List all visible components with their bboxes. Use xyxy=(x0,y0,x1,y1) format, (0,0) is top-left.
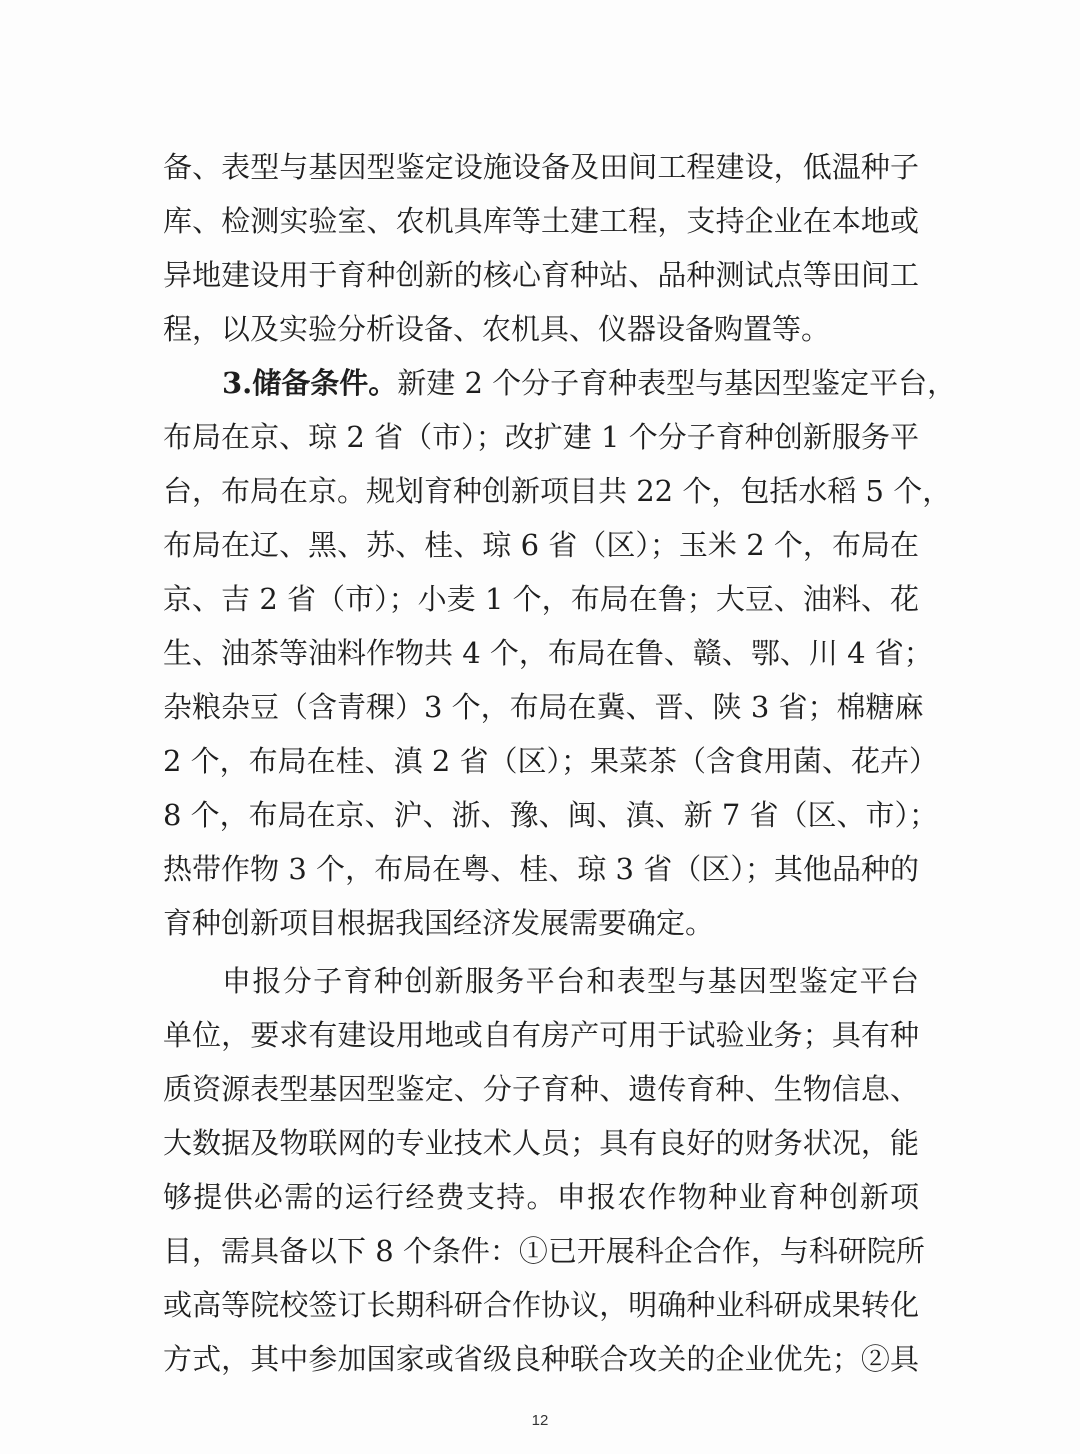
text-line: 目，需具备以下 8 个条件：①已开展科企合作，与科研院所 xyxy=(163,1231,919,1271)
text-line: 布局在京、琼 2 省（市）；改扩建 1 个分子育种创新服务平 xyxy=(163,417,919,457)
text-line: 质资源表型基因型鉴定、分子育种、遗传育种、生物信息、 xyxy=(163,1069,919,1109)
text-line: 杂粮杂豆（含青稞）3 个，布局在冀、晋、陕 3 省；棉糖麻 xyxy=(163,687,919,727)
text-line: 备、表型与基因型鉴定设施设备及田间工程建设，低温种子 xyxy=(163,147,919,187)
text-line: 热带作物 3 个，布局在粤、桂、琼 3 省（区）；其他品种的 xyxy=(163,849,919,889)
text-line: 或高等院校签订长期科研合作协议，明确种业科研成果转化 xyxy=(163,1285,919,1325)
text-line: 方式，其中参加国家或省级良种联合攻关的企业优先；②具 xyxy=(163,1339,919,1379)
section-3-first-line: 3.储备条件。新建 2 个分子育种表型与基因型鉴定平台， xyxy=(222,363,919,403)
text-line: 台，布局在京。规划育种创新项目共 22 个，包括水稻 5 个， xyxy=(163,471,919,511)
text-span: 新建 2 个分子育种表型与基因型鉴定平台， xyxy=(397,366,956,400)
section-heading: 3.储备条件。 xyxy=(222,366,397,400)
text-line: 够提供必需的运行经费支持。申报农作物种业育种创新项 xyxy=(163,1177,919,1217)
document-page: 备、表型与基因型鉴定设施设备及田间工程建设，低温种子 库、检测实验室、农机具库等… xyxy=(0,0,1080,1454)
text-line: 育种创新项目根据我国经济发展需要确定。 xyxy=(163,903,919,943)
text-line: 京、吉 2 省（市）；小麦 1 个，布局在鲁；大豆、油料、花 xyxy=(163,579,919,619)
text-line: 异地建设用于育种创新的核心育种站、品种测试点等田间工 xyxy=(163,255,919,295)
text-line: 2 个，布局在桂、滇 2 省（区）；果菜茶（含食用菌、花卉） xyxy=(163,741,919,781)
text-line: 申报分子育种创新服务平台和表型与基因型鉴定平台 xyxy=(222,961,919,1001)
page-number: 12 xyxy=(0,1412,1080,1429)
text-line: 单位，要求有建设用地或自有房产可用于试验业务；具有种 xyxy=(163,1015,919,1055)
text-line: 生、油茶等油料作物共 4 个，布局在鲁、赣、鄂、川 4 省； xyxy=(163,633,919,673)
text-line: 程，以及实验分析设备、农机具、仪器设备购置等。 xyxy=(163,309,919,349)
text-line: 库、检测实验室、农机具库等土建工程，支持企业在本地或 xyxy=(163,201,919,241)
text-line: 大数据及物联网的专业技术人员；具有良好的财务状况，能 xyxy=(163,1123,919,1163)
text-line: 8 个，布局在京、沪、浙、豫、闽、滇、新 7 省（区、市）； xyxy=(163,795,919,835)
text-line: 布局在辽、黑、苏、桂、琼 6 省（区）；玉米 2 个，布局在 xyxy=(163,525,919,565)
